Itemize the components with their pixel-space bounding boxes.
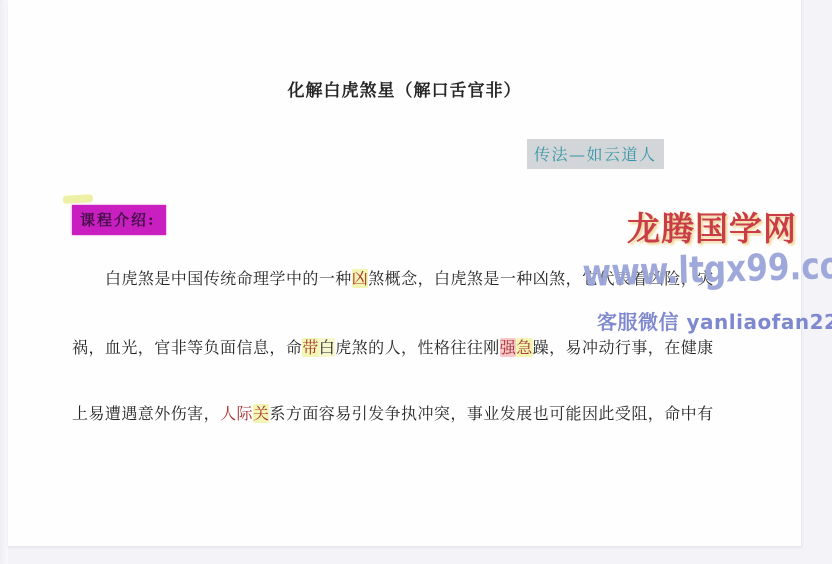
paragraph-line: 上易遭遇意外伤害，人际关系方面容易引发争执冲突，事业发展也可能因此受阻，命中有 (72, 401, 714, 424)
highlighted-text: 关 (253, 404, 269, 423)
watermark-wechat-contact: 客服微信 yanliaofan225 (597, 306, 832, 335)
document-photo: 化解白虎煞星（解口舌官非） 传法—如云道人 课程介绍: 白虎煞是中国传统命理学中… (0, 0, 832, 564)
highlighted-text: 白 (319, 338, 335, 357)
paragraph-line: 祸，血光，官非等负面信息，命带白虎煞的人，性格往往刚强急躁，易冲动行事，在健康 (72, 335, 714, 358)
highlighted-text: 带 (302, 338, 318, 357)
text-segment: 上易遭遇意外伤害， (72, 404, 220, 423)
watermark-website-url: www.ltgx99.com (582, 243, 832, 295)
text-segment: 祸，血光，官非等负面信息，命 (72, 338, 302, 357)
text-segment: 虎煞的人，性格往往刚 (335, 338, 500, 357)
highlighted-text: 强 (500, 338, 516, 357)
highlighted-text: 急 (516, 338, 532, 357)
document-page: 化解白虎煞星（解口舌官非） 传法—如云道人 课程介绍: 白虎煞是中国传统命理学中… (8, 0, 802, 546)
photo-left-margin (0, 0, 8, 564)
watermark-brand-name: 龙腾国学网 (627, 203, 797, 250)
section-label-course-intro: 课程介绍: (72, 205, 166, 235)
author-byline-highlight: 传法—如云道人 (527, 139, 664, 169)
yellow-marker-stroke (63, 194, 93, 204)
red-text-segment: 人际 (220, 404, 253, 423)
page-title: 化解白虎煞星（解口舌官非） (8, 76, 801, 101)
text-segment: 白虎煞是中国传统命理学中的一种 (105, 269, 352, 288)
text-segment: 躁，易冲动行事，在健康 (533, 338, 714, 357)
highlighted-text: 凶 (352, 269, 368, 288)
text-segment: 系方面容易引发争执冲突，事业发展也可能因此受阻，命中有 (269, 404, 713, 423)
